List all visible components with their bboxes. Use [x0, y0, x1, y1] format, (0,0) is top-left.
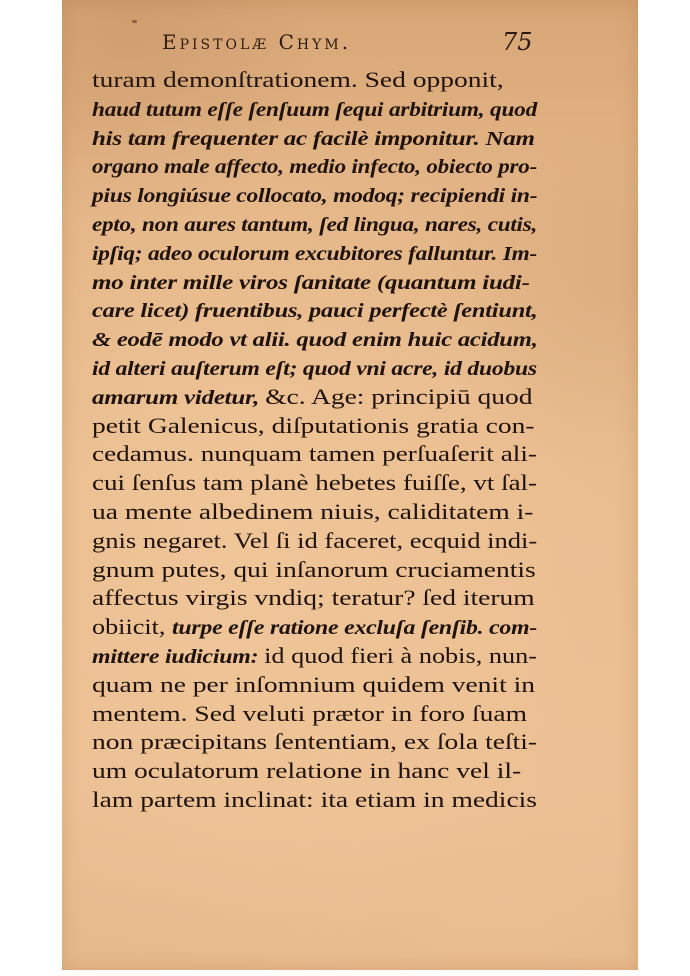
ink-smudge	[132, 20, 137, 23]
roman-text: gnum putes, qui inſanorum cruciamentis	[92, 557, 536, 582]
text-line: quam ne per inſomnium quidem venit in	[92, 671, 535, 700]
roman-text: affectus virgis vndiq; teratur? ſed iter…	[92, 585, 535, 610]
italic-text: pius longiúsue collocato, modoq; recipie…	[92, 185, 537, 207]
running-title: Epistolæ Chym.	[162, 30, 351, 54]
text-line: turam demonſtrationem. Sed opponit,	[92, 66, 503, 95]
roman-text: cui ſenſus tam planè hebetes fuiſſe, vt …	[92, 470, 537, 495]
italic-text: his tam frequenter ac facilè imponitur. …	[92, 128, 535, 150]
book-page: Epistolæ Chym. 75 turam demonſtrationem.…	[62, 0, 638, 970]
text-line: ua mente albedinem niuis, caliditatem i-	[92, 498, 533, 527]
text-line: lam partem inclinat: ita etiam in medici…	[92, 786, 537, 815]
roman-text: non præcipitans ſententiam, ex ſola teſt…	[92, 729, 537, 754]
roman-text: cedamus. nunquam tamen perſuaſerit ali-	[92, 441, 537, 466]
text-line: cui ſenſus tam planè hebetes fuiſſe, vt …	[92, 469, 537, 498]
italic-text: epto, non aures tantum, ſed lingua, nare…	[92, 214, 537, 236]
text-line: organo male affecto, medio infecto, obie…	[92, 152, 537, 181]
roman-text: id quod fieri à nobis, nun-	[264, 643, 537, 668]
italic-text: turpe eſſe ratione excluſa ſenſib. com-	[172, 617, 537, 639]
text-line: pius longiúsue collocato, modoq; recipie…	[92, 181, 537, 210]
text-line: cedamus. nunquam tamen perſuaſerit ali-	[92, 440, 537, 469]
roman-text: gnis negaret. Vel ſi id faceret, ecquid …	[92, 528, 537, 553]
roman-text: petit Galenicus, diſputationis gratia co…	[92, 413, 535, 438]
text-line: um oculatorum relatione in hanc vel il-	[92, 757, 521, 786]
italic-text: mo inter mille viros ſanitate (quantum i…	[92, 272, 530, 294]
text-line: gnum putes, qui inſanorum cruciamentis	[92, 556, 536, 585]
text-line: his tam frequenter ac facilè imponitur. …	[92, 124, 535, 153]
roman-text: um oculatorum relatione in hanc vel il-	[92, 758, 521, 783]
italic-text: mittere iudicium:	[92, 646, 264, 668]
text-line: petit Galenicus, diſputationis gratia co…	[92, 412, 535, 441]
text-line: care licet) fruentibus, pauci perfectè ſ…	[92, 296, 537, 325]
text-line: haud tutum eſſe ſenſuum ſequi arbitrium,…	[92, 95, 537, 124]
roman-text: lam partem inclinat: ita etiam in medici…	[92, 787, 537, 812]
italic-text: id alteri auſterum eſt; quod vni acre, i…	[92, 358, 537, 380]
roman-text: &c. Age: principiū quod	[265, 384, 532, 409]
roman-text: mentem. Sed veluti prætor in foro ſuam	[92, 701, 527, 726]
text-line: mo inter mille viros ſanitate (quantum i…	[92, 268, 530, 297]
text-line: mittere iudicium: id quod fieri à nobis,…	[92, 642, 537, 671]
italic-text: haud tutum eſſe ſenſuum ſequi arbitrium,…	[92, 99, 537, 121]
text-line: gnis negaret. Vel ſi id faceret, ecquid …	[92, 527, 537, 556]
italic-text: amarum videtur,	[92, 387, 265, 409]
italic-text: organo male affecto, medio infecto, obie…	[92, 156, 537, 178]
text-line: non præcipitans ſententiam, ex ſola teſt…	[92, 728, 537, 757]
text-line: affectus virgis vndiq; teratur? ſed iter…	[92, 584, 535, 613]
roman-text: ua mente albedinem niuis, caliditatem i-	[92, 499, 533, 524]
text-line: ipſiq; adeo oculorum excubitores fallunt…	[92, 239, 537, 268]
text-line: amarum videtur, &c. Age: principiū quod	[92, 383, 532, 412]
roman-text: obiicit,	[92, 614, 172, 639]
text-line: id alteri auſterum eſt; quod vni acre, i…	[92, 354, 537, 383]
roman-text: turam demonſtrationem. Sed opponit,	[92, 67, 504, 92]
text-line: mentem. Sed veluti prætor in foro ſuam	[92, 700, 527, 729]
running-head: Epistolæ Chym. 75	[62, 26, 638, 56]
italic-text: care licet) fruentibus, pauci perfectè ſ…	[92, 300, 537, 322]
italic-text: & eodē modo vt alii. quod enim huic acid…	[92, 329, 538, 351]
body-text: turam demonſtrationem. Sed opponit,haud …	[92, 66, 537, 815]
text-line: & eodē modo vt alii. quod enim huic acid…	[92, 325, 537, 354]
italic-text: ipſiq; adeo oculorum excubitores fallunt…	[92, 243, 537, 265]
text-line: obiicit, turpe eſſe ratione excluſa ſenſ…	[92, 613, 537, 642]
roman-text: quam ne per inſomnium quidem venit in	[92, 672, 535, 697]
text-line: epto, non aures tantum, ſed lingua, nare…	[92, 210, 537, 239]
page-number: 75	[502, 28, 533, 56]
